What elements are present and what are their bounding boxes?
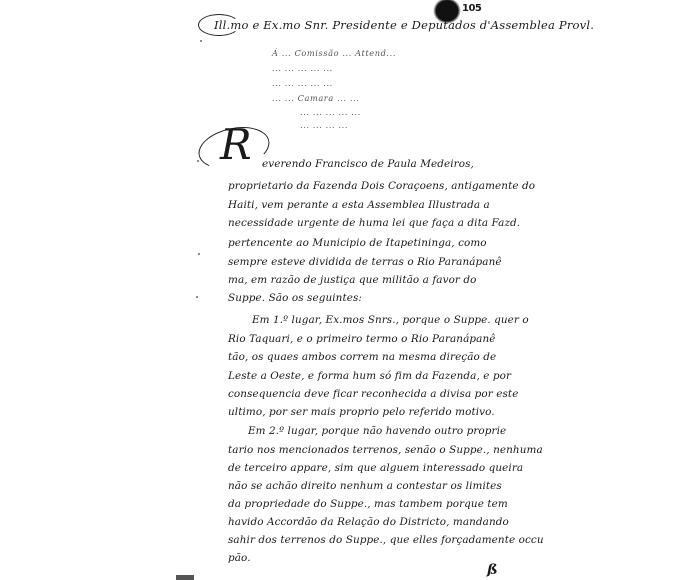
body-line: Suppe. São os seguintes:	[228, 292, 362, 304]
body-line: não se achão direito nenhum a contestar …	[228, 480, 502, 492]
body-line: Rio Taquari, e o primeiro termo o Rio Pa…	[228, 333, 495, 345]
body-line: proprietario da Fazenda Dois Coraçoens, …	[228, 180, 535, 192]
body-line: pão.	[228, 552, 251, 564]
despacho-line: ... ... ... ... ...	[300, 107, 361, 117]
body-line: everendo Francisco de Paula Medeiros,	[262, 158, 474, 170]
scan-edge-mark	[176, 575, 194, 580]
despacho-line: ... ... ... ...	[300, 120, 348, 130]
body-line: Leste a Oeste, e forma hum só fim da Faz…	[228, 370, 511, 382]
despacho-line: ... ... ... ... ...	[272, 63, 333, 73]
ink-speck	[200, 40, 202, 42]
page-rubrica: ß	[487, 562, 498, 578]
folio-number: 105	[462, 3, 481, 14]
body-line: necessidade urgente de huma lei que faça…	[228, 217, 520, 229]
body-line: tão, os quaes ambos correm na mesma dire…	[228, 351, 496, 363]
body-line: Haiti, vem perante a esta Assemblea Illu…	[228, 199, 490, 211]
body-line: da propriedade do Suppe., mas tambem por…	[228, 498, 508, 510]
despacho-line: ... ... ... ... ...	[272, 78, 333, 88]
body-line: pertencente ao Municipio de Itapetininga…	[228, 237, 487, 249]
initial-capital: R	[220, 124, 252, 166]
despacho-line: ... ... Camara ... ...	[272, 93, 359, 103]
body-line: ma, em razão de justiça que militão a fa…	[228, 274, 477, 286]
body-line: havido Accordão da Relação do Districto,…	[228, 516, 509, 528]
despacho-line: Á ... Comissão ... Attend...	[272, 48, 396, 58]
body-line: sempre esteve dividida de terras o Rio P…	[228, 256, 502, 268]
body-line: ultimo, por ser mais proprio pelo referi…	[228, 406, 495, 418]
ink-speck	[197, 160, 199, 162]
ink-speck	[196, 296, 198, 298]
body-line: Em 2.º lugar, porque não havendo outro p…	[248, 425, 506, 437]
body-line: sahir dos terrenos do Suppe., que elles …	[228, 534, 544, 546]
body-line: de terceiro appare, sim que alguem inter…	[228, 462, 523, 474]
address-header: Ill.mo e Ex.mo Snr. Presidente e Deputad…	[214, 18, 594, 32]
body-line: consequencia deve ficar reconhecida a di…	[228, 388, 518, 400]
ink-speck	[198, 253, 200, 255]
manuscript-page: 105 Ill.mo e Ex.mo Snr. Presidente e Dep…	[0, 0, 696, 580]
body-line: Em 1.º lugar, Ex.mos Snrs., porque o Sup…	[252, 314, 529, 326]
body-line: tario nos mencionados terrenos, senão o …	[228, 444, 543, 456]
